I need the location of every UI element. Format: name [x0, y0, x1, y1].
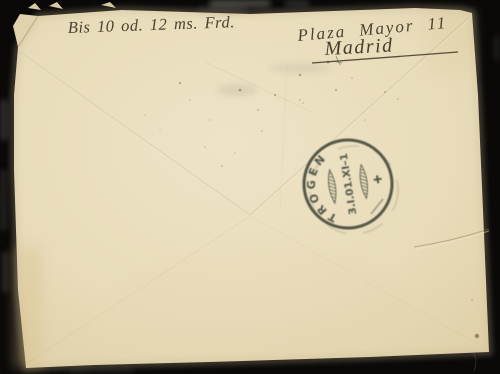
handwriting-city: Madrid [323, 34, 394, 60]
photo-envelope-back: Bis 10 od. 12 ms. Frd. Plaza Mayor 11 Ma… [0, 0, 500, 374]
envelope-scene: Bis 10 od. 12 ms. Frd. Plaza Mayor 11 Ma… [0, 0, 500, 374]
